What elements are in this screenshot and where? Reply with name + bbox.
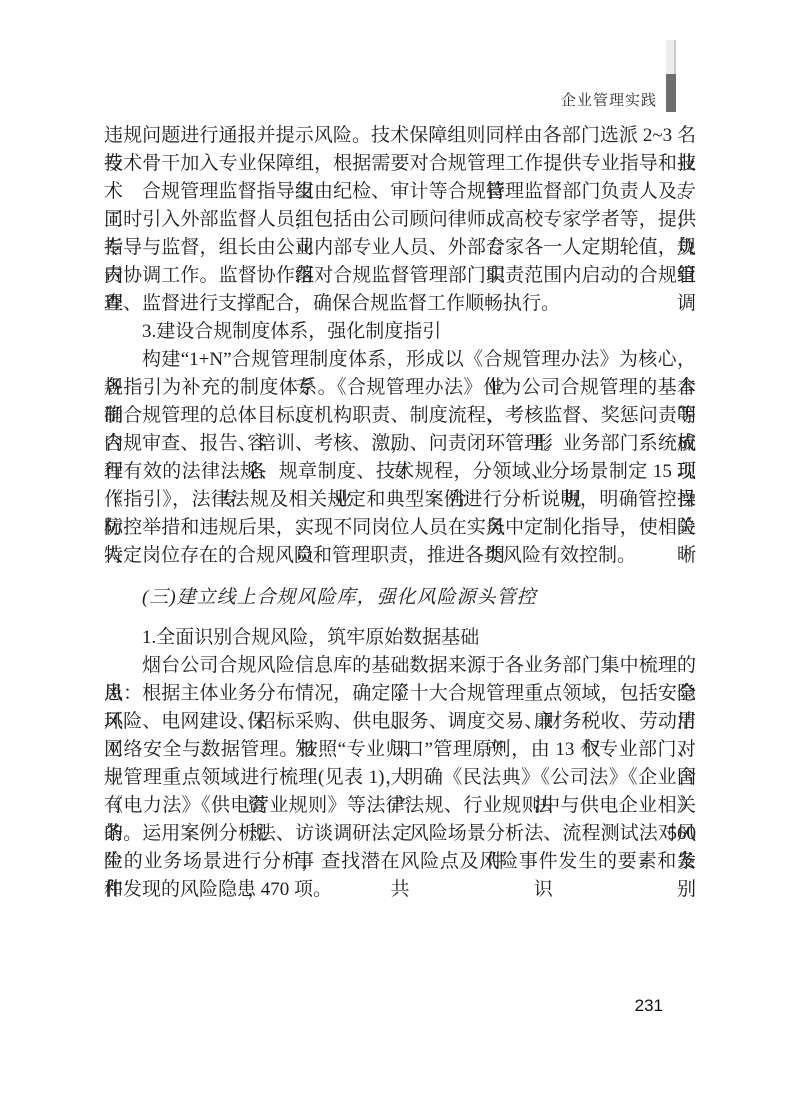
text-line: 同时引入外部监督人员，包括由公司顾问律师、高校专家学者等，提供专业合规 bbox=[104, 206, 696, 234]
numbered-heading-1: 1.全面识别合规风险，筑牢原始数据基础 bbox=[104, 624, 696, 652]
text-line: 规管理重点领域进行梳理(见表 1)，明确《民法典》《公司法》《企业国有资产法》 bbox=[104, 764, 696, 792]
text-line: 烟台公司合规风险信息库的基础数据来源于各业务部门集中梳理的风险隐 bbox=[104, 652, 696, 680]
text-line: (三)建立线上合规风险库，强化风险源头管控 bbox=[104, 584, 696, 612]
text-line: 网络安全与数据管理。按照“专业归口”管理原则，由 13 个专业部门对十大合 bbox=[104, 736, 696, 764]
text-line: 规指引为补充的制度体系。《合规管理办法》作为公司合规管理的基本制度，明 bbox=[104, 374, 696, 402]
text-line: 技术骨干加入专业保障组，根据需要对合规管理工作提供专业指导和技术支持。 bbox=[104, 150, 696, 178]
paragraph-risk-identification: 烟台公司合规风险信息库的基础数据来源于各业务部门集中梳理的风险隐患：根据主体业务… bbox=[104, 652, 696, 904]
header-bar-dark-segment bbox=[666, 74, 676, 112]
text-line: 患：根据主体业务分布情况，确定了十大合规管理重点领域，包括安全环保、廉洁 bbox=[104, 680, 696, 708]
text-line: 风险、电网建设、招标采购、供电服务、调度交易、财务税收、劳动用工、知识产权、 bbox=[104, 708, 696, 736]
text-line: 确合规管理的总体目标、机构职责、制度流程、考核监督、奖惩问责等内容，形成 bbox=[104, 402, 696, 430]
text-line: 作指引》，法律法规及相关规定和典型案例进行分析说明，明确管控目标、风险 bbox=[104, 486, 696, 514]
paragraph-continuation: 违规问题进行通报并提示风险。技术保障组则同样由各部门选派 2~3 名专业技术骨干… bbox=[104, 122, 696, 178]
page-number: 231 bbox=[635, 996, 663, 1016]
text-line: 条。运用案例分析法、访谈调研法、风险场景分析法、流程测试法对风险事件发 bbox=[104, 820, 696, 848]
paragraph-system-building: 构建“1+N”合规管理制度体系，形成以《合规管理办法》为核心，各专业合规指引为补… bbox=[104, 346, 696, 570]
numbered-heading-3: 3.建设合规制度体系，强化制度指引 bbox=[104, 318, 696, 346]
header-decoration-bar bbox=[666, 40, 676, 112]
text-line: 生的业务场景进行分析，查找潜在风险点及风险事件发生的要素和条件，共识别 bbox=[104, 848, 696, 876]
text-line: 构建“1+N”合规管理制度体系，形成以《合规管理办法》为核心，各专业合 bbox=[104, 346, 696, 374]
paragraph-supervision-group: 合规管理监督指导组由纪检、审计等合规管理监督部门负责人及专工组成，同时引入外部监… bbox=[104, 178, 696, 318]
text-line: 指导与监督，组长由公司内部专业人员、外部专家各一人定期轮值，负责落实组 bbox=[104, 234, 696, 262]
text-line: 防控举措和违规后果，实现不同岗位人员在实务中定制化指导，使相关人员明晰 bbox=[104, 514, 696, 542]
header-bar-light-segment bbox=[666, 40, 676, 74]
document-page: 企业管理实践 违规问题进行通报并提示风险。技术保障组则同样由各部门选派 2~3 … bbox=[0, 0, 800, 1118]
text-line: 3.建设合规制度体系，强化制度指引 bbox=[104, 318, 696, 346]
text-line: 《电力法》《供电营业规则》等法律法规、行业规则中与供电企业相关的规定 560 bbox=[104, 792, 696, 820]
text-line: 特定岗位存在的合规风险和管理职责，推进各类风险有效控制。 bbox=[104, 542, 696, 570]
text-line: 1.全面识别合规风险，筑牢原始数据基础 bbox=[104, 624, 696, 652]
text-line: 合规管理监督指导组由纪检、审计等合规管理监督部门负责人及专工组成， bbox=[104, 178, 696, 206]
text-line: 违规问题进行通报并提示风险。技术保障组则同样由各部门选派 2~3 名专业 bbox=[104, 122, 696, 150]
text-line: 行有效的法律法规、规章制度、技术规程，分领域、分场景制定 15 项《专业合规操 bbox=[104, 458, 696, 486]
text-line: 内协调工作。监督协作组对合规监督管理部门职责范围内启动的合规管理调 bbox=[104, 262, 696, 290]
running-head-title: 企业管理实践 bbox=[561, 89, 657, 110]
body-text: 违规问题进行通报并提示风险。技术保障组则同样由各部门选派 2~3 名专业技术骨干… bbox=[104, 122, 696, 904]
section-heading-three: (三)建立线上合规风险库，强化风险源头管控 bbox=[104, 584, 696, 612]
text-line: 合规审查、报告、培训、考核、激励、问责闭环管理。业务部门系统梳理各专业现 bbox=[104, 430, 696, 458]
